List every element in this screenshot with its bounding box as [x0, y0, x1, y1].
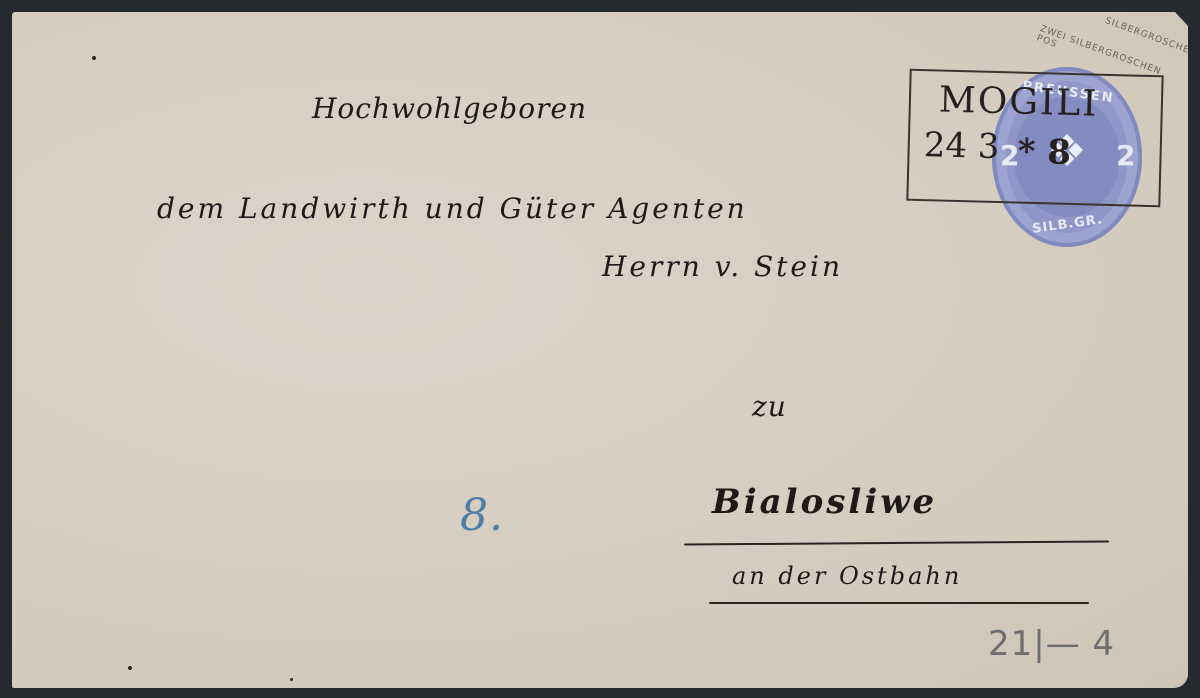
address-line-4: zu — [752, 390, 787, 423]
ink-spot — [290, 678, 293, 681]
underline-1 — [684, 541, 1109, 546]
postmark-time: * 8 — [1017, 132, 1071, 173]
postmark-box: MOGILI 24 3 * 8 — [906, 69, 1163, 208]
address-line-2: dem Landwirth und Güter Agenten — [157, 192, 748, 225]
underline-2 — [709, 602, 1089, 604]
address-line-5: Bialosliwe — [712, 482, 937, 522]
pencil-mark: 21|— 4 — [988, 624, 1115, 664]
postmark-date: 24 3 — [923, 125, 1000, 167]
ink-spot — [128, 666, 132, 670]
address-line-1: Hochwohlgeboren — [312, 92, 587, 125]
address-line-3: Herrn v. Stein — [602, 250, 843, 283]
postmark-town: MOGILI — [938, 79, 1099, 124]
address-line-6: an der Ostbahn — [732, 562, 962, 590]
blue-mark: 8. — [460, 490, 504, 541]
envelope: SILBERGROSCHEN ZWEI SILBERGROSCHEN POS P… — [12, 12, 1188, 688]
ink-spot — [92, 56, 96, 60]
stamp-denomination: SILB.GR. — [1031, 212, 1104, 237]
